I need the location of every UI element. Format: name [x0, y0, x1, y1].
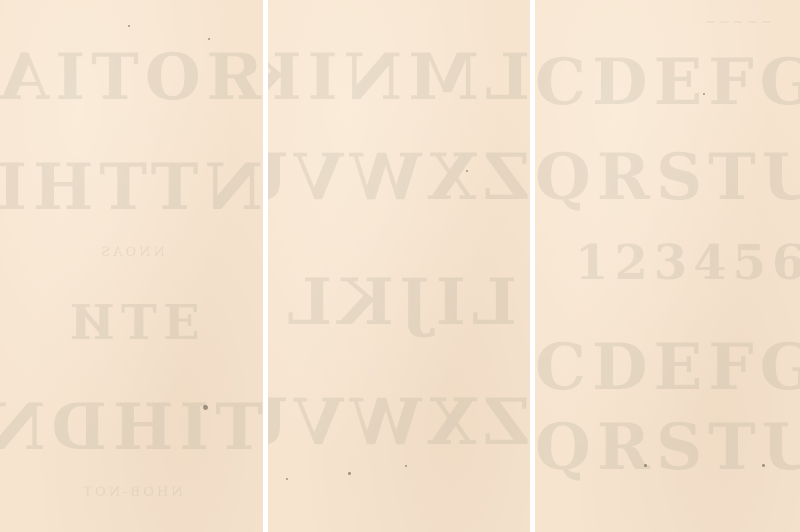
middle-paper-panel: LMNIKL ZXWVUT LIJKL ZXWVU	[268, 0, 530, 532]
ghost-caption: NHOB-NOT	[0, 485, 263, 500]
paper-speck	[208, 38, 210, 40]
photo-collage: ЯOTIAMLS NTTHIE NNOAS ƎTИ TIHDNAN NHOB-N…	[0, 0, 800, 532]
ghost-letters-row: ЯOTIAMLS	[0, 40, 263, 115]
ghost-letters-row: QRSTUV	[535, 140, 800, 215]
ghost-letters-row: LIJKL	[268, 265, 530, 340]
ghost-letters-row: CDEFGH	[535, 45, 800, 120]
paper-speck	[703, 93, 705, 95]
paper-speck	[128, 25, 130, 27]
ghost-letters-row: ƎTИ	[0, 295, 263, 351]
paper-speck	[644, 464, 647, 467]
ghost-letters-row: NTTHIE	[0, 150, 263, 225]
ghost-caption: NNOAS	[0, 245, 263, 260]
ghost-letters-row: CDEFGH	[535, 330, 800, 405]
left-paper-panel: ЯOTIAMLS NTTHIE NNOAS ƎTИ TIHDNAN NHOB-N…	[0, 0, 263, 532]
ghost-caption: ~~~~~	[705, 15, 800, 30]
ghost-letters-row: TIHDNAN	[0, 390, 263, 465]
paper-speck	[203, 405, 208, 410]
ghost-letters-row: ZXWVUT	[268, 140, 530, 215]
paper-speck	[405, 465, 407, 467]
paper-speck	[348, 472, 351, 475]
paper-speck	[762, 464, 765, 467]
ghost-letters-row: 123456	[575, 235, 800, 291]
paper-speck	[466, 170, 468, 172]
ghost-letters-row: QRSTUV	[535, 410, 800, 485]
ghost-letters-row: ZXWVU	[268, 385, 530, 460]
paper-speck	[286, 478, 288, 480]
ghost-letters-row: LMNIKL	[268, 40, 530, 115]
right-paper-panel: ~~~~~ CDEFGH QRSTUV 123456 CDEFGH QRSTUV	[535, 0, 800, 532]
